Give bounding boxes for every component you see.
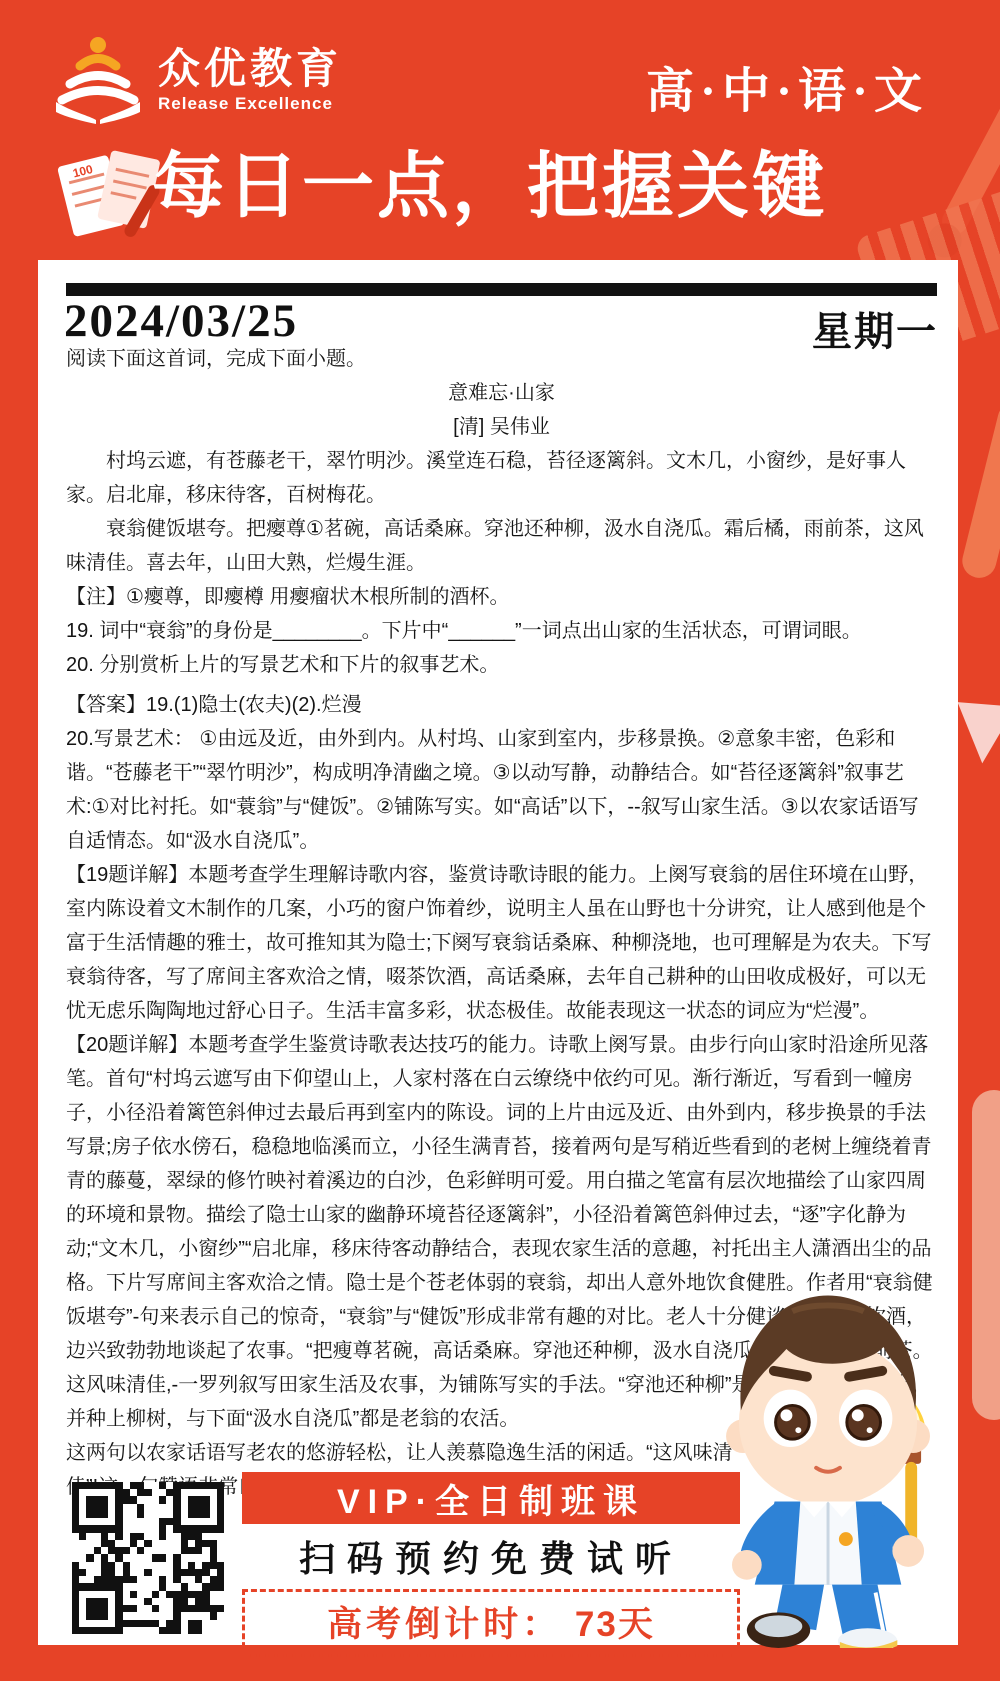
pencil-decoration: [959, 399, 1000, 582]
subject-label: 高·中·语·文: [646, 52, 928, 121]
qr-code[interactable]: [72, 1482, 224, 1634]
brand-tagline: Release Excellence: [158, 94, 342, 114]
poem-stanza-2: 衰翁健饭堪夸。把瘿尊①茗碗，高话桑麻。穿池还种柳，汲水自浇瓜。霜后橘，雨前茶，这…: [66, 512, 937, 580]
intro-line: 阅读下面这首词，完成下面小题。: [66, 342, 937, 376]
poem-title: 意难忘·山家: [66, 376, 937, 410]
brand-logo: 众优教育 Release Excellence: [52, 36, 342, 124]
content-card: 2024/03/25 星期一 阅读下面这首词，完成下面小题。 意难忘·山家 [清…: [38, 260, 958, 1645]
poem-author: [清] 吴伟业: [66, 410, 937, 444]
pink-pencil-decoration: [972, 1090, 1000, 1420]
date-label: 2024/03/25: [64, 294, 298, 348]
brand-name: 众优教育: [158, 46, 342, 92]
explanation-19: 【19题详解】本题考查学生理解诗歌内容，鉴赏诗歌诗眼的能力。上阕写衰翁的居住环境…: [66, 858, 937, 1028]
poem-stanza-1: 村坞云遮，有苍藤老干，翠竹明沙。溪堂连石稳，苔径逐篱斜。文木几，小窗纱，是好事人…: [66, 444, 937, 512]
documents-icon: 100: [50, 132, 162, 250]
countdown-value: 73天: [575, 1605, 655, 1644]
mascot-boy-illustration: [716, 1252, 946, 1648]
answer-analysis: 20.写景艺术： ①由远及近，由外到内。从村坞、山家到室内，步移景换。②意象丰密…: [66, 722, 937, 858]
page-title: 每日一点，把握关键: [152, 128, 827, 232]
gaokao-countdown: 高考倒计时： 73天: [242, 1589, 740, 1657]
logo-book-icon: [52, 36, 144, 124]
promo-block: VIP·全日制班课 扫码预约免费试听 高考倒计时： 73天: [242, 1472, 740, 1657]
question-20: 20. 分别赏析上片的写景艺术和下片的叙事艺术。: [66, 648, 937, 682]
paper-plane-icon: [958, 683, 1000, 764]
poem-note: 【注】①瘿尊，即瘿樽 用瘿瘤状木根所制的酒杯。: [66, 580, 937, 614]
question-19: 19. 词中“衰翁”的身份是________。下片中“______”一词点出山家…: [66, 614, 937, 648]
scan-cta-label: 扫码预约免费试听: [242, 1531, 740, 1582]
answer-line: 【答案】19.(1)隐士(农夫)(2).烂漫: [66, 688, 937, 722]
countdown-label: 高考倒计时：: [327, 1605, 561, 1644]
vip-banner: VIP·全日制班课: [242, 1472, 740, 1524]
poster: 众优教育 Release Excellence 高·中·语·文 100 每日一点…: [0, 0, 1000, 1681]
